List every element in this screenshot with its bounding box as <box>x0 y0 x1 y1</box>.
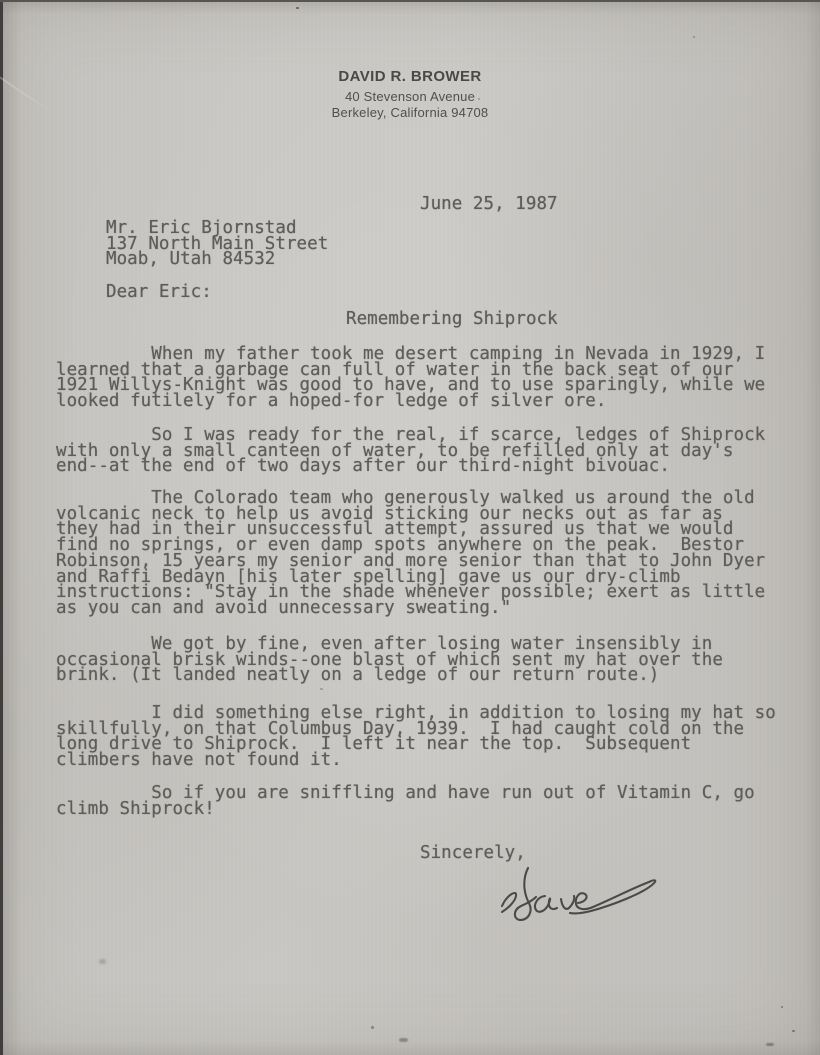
subject-line: Remembering Shiprock <box>346 312 558 328</box>
signature-stroke-d <box>515 868 536 920</box>
scan-edge-top <box>0 0 820 2</box>
signature-stroke-a <box>535 896 557 912</box>
paragraph-2: So I was ready for the real, if scarce, … <box>56 428 765 475</box>
signature-stroke-e-flourish <box>570 880 655 913</box>
letterhead-address-line2: Berkeley, California 94708 <box>0 105 820 120</box>
signature-stroke-lead <box>502 893 516 912</box>
letterhead-name: DAVID R. BROWER <box>0 68 820 85</box>
recipient-address-block: Mr. Eric Bjornstad 137 North Main Street… <box>106 221 328 268</box>
signature-stroke-v <box>561 896 574 909</box>
salutation: Dear Eric: <box>106 285 212 301</box>
paragraph-1: When my father took me desert camping in… <box>56 347 765 410</box>
paragraph-4: We got by fine, even after losing water … <box>56 637 723 684</box>
paragraph-3: The Colorado team who generously walked … <box>56 491 765 617</box>
scanned-letter-page: { "letterhead": { "name": "DAVID R. BROW… <box>0 0 820 1055</box>
paragraph-5: I did something else right, in addition … <box>56 706 776 769</box>
paragraph-6: So if you are sniffling and have run out… <box>56 786 755 817</box>
letter-date: June 25, 1987 <box>420 197 558 213</box>
letterhead-address-line1: 40 Stevenson Avenue <box>0 89 820 104</box>
handwritten-signature-dave <box>472 856 668 928</box>
scan-edge-left <box>0 0 3 1055</box>
